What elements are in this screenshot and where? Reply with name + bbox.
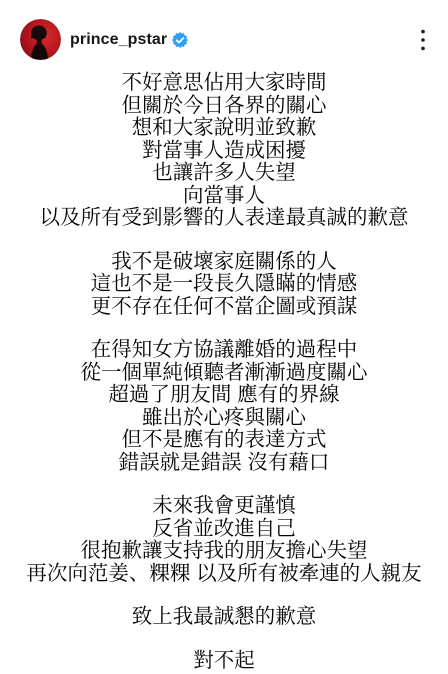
caption-paragraph-sorry: 對不起 [0,650,448,673]
caption-line: 向當事人 [0,185,448,208]
caption-line: 致上我最誠懇的歉意 [0,606,448,629]
caption-line: 未來我會更謹慎 [0,495,448,518]
caption-line: 也讓許多人失望 [0,162,448,185]
avatar-portrait-icon [20,19,61,60]
post-card: prince_pstar 不好意思佔用大家時間 但關於今日各界的關心 想和大家說… [0,0,448,674]
caption-paragraph-intro: 不好意思佔用大家時間 但關於今日各界的關心 想和大家說明並致歉 對當事人造成困擾… [0,72,448,230]
post-caption: 不好意思佔用大家時間 但關於今日各界的關心 想和大家說明並致歉 對當事人造成困擾… [0,72,448,672]
verified-badge-icon [172,32,188,48]
caption-paragraph-denial: 我不是破壞家庭關係的人 這也不是一段長久隱瞞的情感 更不存在任何不當企圖或預謀 [0,251,448,319]
caption-line: 在得知女方協議離婚的過程中 [0,339,448,362]
caption-line: 但不是應有的表達方式 [0,429,448,452]
caption-line: 很抱歉讓支持我的朋友擔心失望 [0,540,448,563]
caption-line: 以及所有受到影響的人表達最真誠的歉意 [0,207,448,230]
caption-line: 更不存在任何不當企圖或預謀 [0,296,448,319]
caption-line: 再次向范姜、粿粿 以及所有被牽連的人親友 [0,563,448,586]
caption-line: 但關於今日各界的關心 [0,95,448,118]
caption-line: 對不起 [0,650,448,673]
caption-line: 反省並改進自己 [0,518,448,541]
post-header: prince_pstar [0,0,448,60]
caption-paragraph-apology: 致上我最誠懇的歉意 [0,606,448,629]
username[interactable]: prince_pstar [70,31,167,49]
avatar[interactable] [20,19,61,60]
more-options-button[interactable] [418,26,428,54]
caption-paragraph-explanation: 在得知女方協議離婚的過程中 從一個單純傾聽者漸漸過度關心 超過了朋友間 應有的界… [0,339,448,474]
caption-line: 不好意思佔用大家時間 [0,72,448,95]
caption-line: 錯誤就是錯誤 沒有藉口 [0,452,448,475]
caption-line: 從一個單純傾聽者漸漸過度關心 [0,362,448,385]
caption-line: 這也不是一段長久隱瞞的情感 [0,273,448,296]
kebab-menu-icon [420,28,426,52]
caption-line: 我不是破壞家庭關係的人 [0,251,448,274]
caption-line: 雖出於心疼與關心 [0,407,448,430]
caption-line: 超過了朋友間 應有的界線 [0,384,448,407]
caption-line: 想和大家說明並致歉 [0,117,448,140]
caption-paragraph-promise: 未來我會更謹慎 反省並改進自己 很抱歉讓支持我的朋友擔心失望 再次向范姜、粿粿 … [0,495,448,585]
caption-line: 對當事人造成困擾 [0,140,448,163]
